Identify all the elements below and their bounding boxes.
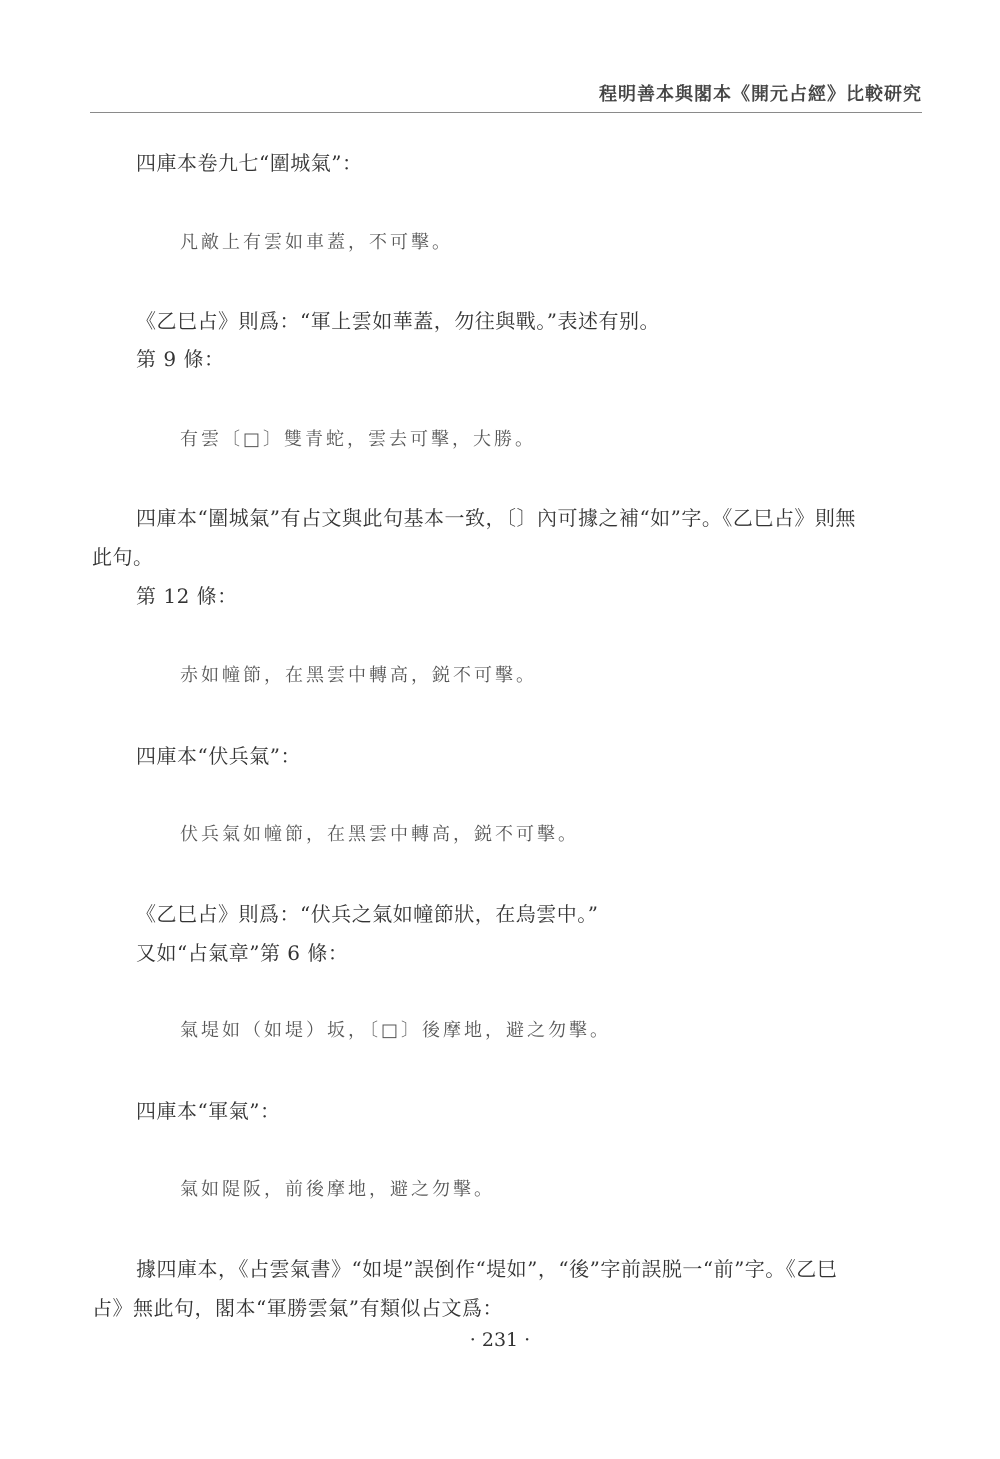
article-label: 又如“占氣章”第 6 條： [136,937,348,966]
block-quote: 凡敵上有雲如車蓋，不可擊。 [180,228,453,254]
body-line-continued: 此句。 [92,541,154,570]
block-quote: 赤如幢節，在黑雲中轉高，鋭不可擊。 [180,661,537,687]
body-line-label: 四庫本“伏兵氣”： [136,740,301,769]
body-line: 《乙巳占》則爲：“軍上雲如華蓋，勿往與戰。”表述有别。 [136,305,660,334]
header-rule [90,112,922,113]
body-line-continued: 占》無此句，閣本“軍勝雲氣”有類似占文爲： [92,1292,503,1321]
block-quote: 伏兵氣如幢節，在黑雲中轉高，鋭不可擊。 [180,820,579,846]
article-label: 第 9 條： [136,343,224,372]
page-number: · 231 · [0,1329,1000,1351]
body-line: 《乙巳占》則爲：“伏兵之氣如幢節狀，在烏雲中。” [136,898,598,927]
body-line-label: 四庫本“軍氣”： [136,1095,280,1124]
block-quote: 有雲〔□〕雙青蛇，雲去可擊，大勝。 [180,425,536,451]
body-line-label: 四庫本卷九七“圍城氣”： [136,147,362,176]
article-label: 第 12 條： [136,580,238,609]
body-line: 四庫本“圍城氣”有占文與此句基本一致，〔〕內可據之補“如”字。《乙巳占》則無 [136,502,856,531]
body-line: 據四庫本，《占雲氣書》“如堤”誤倒作“堤如”，“後”字前誤脱一“前”字。《乙巳 [136,1253,837,1282]
block-quote: 氣如隄阪，前後摩地，避之勿擊。 [180,1175,495,1201]
block-quote: 氣堤如（如堤）坂，〔□〕後摩地，避之勿擊。 [180,1016,611,1042]
running-head: 程明善本與閣本《開元占經》比較研究 [599,80,922,106]
